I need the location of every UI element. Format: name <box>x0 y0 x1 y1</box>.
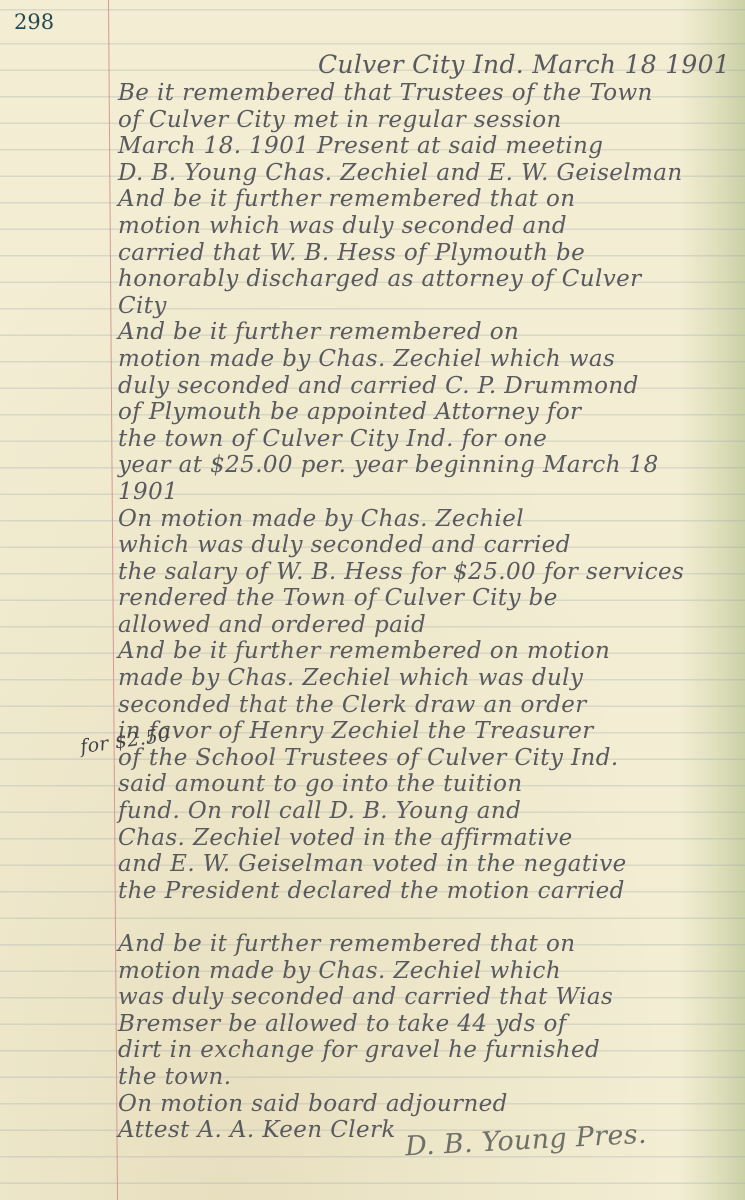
minutes-body: Be it remembered that Trustees of the To… <box>118 80 743 1144</box>
text-line: And be it further remembered that on <box>118 931 743 958</box>
text-line: was duly seconded and carried that Wias <box>118 984 743 1011</box>
text-line: motion which was duly seconded and <box>118 213 743 240</box>
text-line: the salary of W. B. Hess for $25.00 for … <box>118 559 743 586</box>
text-line: And be it further remembered that on <box>118 186 743 213</box>
text-line: the town of Culver City Ind. for one <box>118 426 743 453</box>
text-line: said amount to go into the tuition <box>118 771 743 798</box>
text-line: carried that W. B. Hess of Plymouth be <box>118 240 743 267</box>
text-line: Chas. Zechiel voted in the affirmative <box>118 825 743 852</box>
text-line: rendered the Town of Culver City be <box>118 585 743 612</box>
text-line: in favor of Henry Zechiel the Treasurer <box>118 718 743 745</box>
text-line: the President declared the motion carrie… <box>118 878 743 905</box>
text-line: D. B. Young Chas. Zechiel and E. W. Geis… <box>118 160 743 187</box>
text-line: City <box>118 293 743 320</box>
text-line: motion made by Chas. Zechiel which was <box>118 346 743 373</box>
text-line: made by Chas. Zechiel which was duly <box>118 665 743 692</box>
text-line: fund. On roll call D. B. Young and <box>118 798 743 825</box>
text-line: the town. <box>118 1064 743 1091</box>
text-line: year at $25.00 per. year beginning March… <box>118 452 743 479</box>
text-line: honorably discharged as attorney of Culv… <box>118 266 743 293</box>
text-line: On motion made by Chas. Zechiel <box>118 506 743 533</box>
text-line: And be it further remembered on <box>118 319 743 346</box>
ledger-page: 298 Culver City Ind. March 18 1901 Be it… <box>0 0 745 1200</box>
text-line: dirt in exchange for gravel he furnished <box>118 1037 743 1064</box>
blank-line <box>118 904 743 931</box>
page-number: 298 <box>14 10 54 34</box>
text-line: which was duly seconded and carried <box>118 532 743 559</box>
text-line: duly seconded and carried C. P. Drummond <box>118 373 743 400</box>
text-line: of Plymouth be appointed Attorney for <box>118 399 743 426</box>
text-line: Be it remembered that Trustees of the To… <box>118 80 743 107</box>
text-line: and E. W. Geiselman voted in the negativ… <box>118 851 743 878</box>
text-line: of the School Trustees of Culver City In… <box>118 745 743 772</box>
text-line: 1901 <box>118 479 743 506</box>
text-line: allowed and ordered paid <box>118 612 743 639</box>
text-line: motion made by Chas. Zechiel which <box>118 958 743 985</box>
text-line: And be it further remembered on motion <box>118 638 743 665</box>
text-line: March 18. 1901 Present at said meeting <box>118 133 743 160</box>
text-line: On motion said board adjourned <box>118 1091 743 1118</box>
text-line: seconded that the Clerk draw an order <box>118 692 743 719</box>
text-line: Bremser be allowed to take 44 yds of <box>118 1011 743 1038</box>
place-date-heading: Culver City Ind. March 18 1901 <box>318 52 730 78</box>
text-line: of Culver City met in regular session <box>118 107 743 134</box>
